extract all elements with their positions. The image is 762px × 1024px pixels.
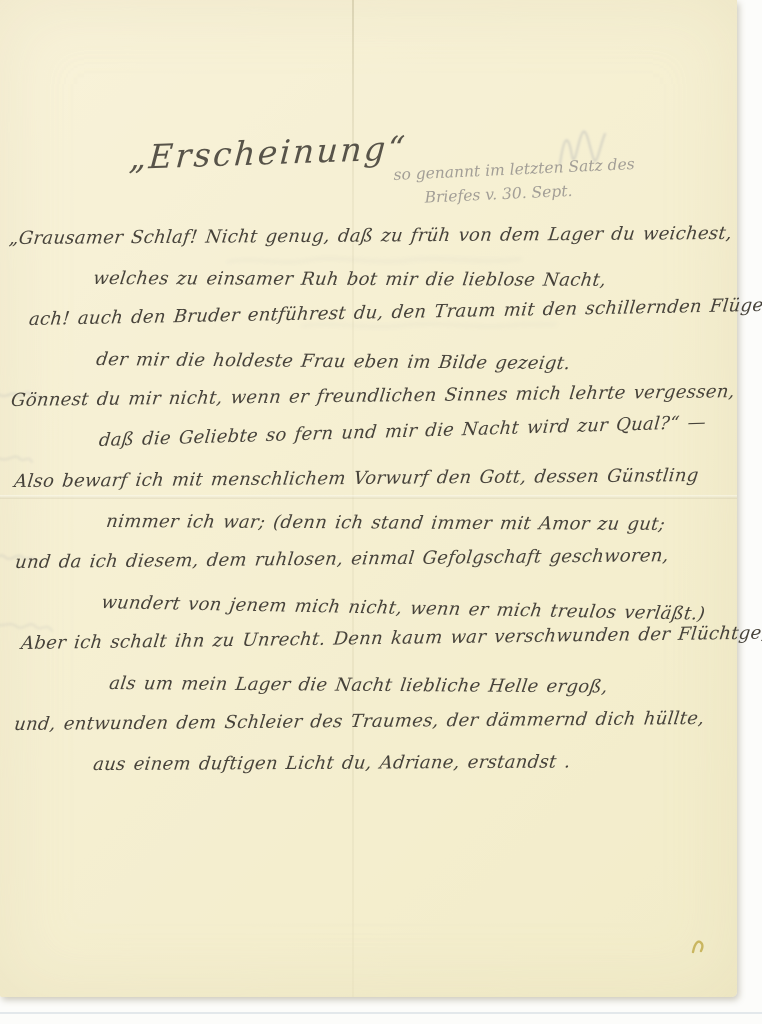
poem-text: „Grausamer Schlaf! Nicht genug, daß zu f… [0,228,737,848]
poem-line-4: der mir die holdeste Frau eben im Bilde … [95,349,572,374]
pencil-annotation: so genannt im letzten Satz des Briefes v… [393,152,636,211]
stray-pencil-mark [690,936,708,956]
poem-line-6: daß die Geliebte so fern und mir die Nac… [98,412,707,451]
poem-line-10: wundert von jenem mich nicht, wenn er mi… [100,592,706,625]
poem-line-5: Gönnest du mir nicht, wenn er freundlich… [10,381,736,411]
poem-line-1: „Grausamer Schlaf! Nicht genug, daß zu f… [8,223,733,249]
poem-line-9: und da ich diesem, dem ruhlosen, einmal … [14,545,670,573]
poem-line-8: nimmer ich war; (denn ich stand immer mi… [105,511,666,535]
poem-line-7: Also bewarf ich mit menschlichem Vorwurf… [13,465,700,492]
letter-page: „Erscheinung“ so genannt im letzten Satz… [0,0,737,997]
poem-line-12: als um mein Lager die Nacht liebliche He… [108,673,609,697]
scanner-background: „Erscheinung“ so genannt im letzten Satz… [0,0,762,1024]
poem-line-11: Aber ich schalt ihn zu Unrecht. Denn kau… [20,623,762,654]
poem-title: „Erscheinung“ [128,128,409,177]
poem-line-2: welches zu einsamer Ruh bot mir die lieb… [92,268,607,291]
poem-line-3: ach! auch den Bruder entführest du, den … [28,294,762,330]
poem-line-14: aus einem duftigen Licht du, Adriane, er… [92,751,572,775]
poem-line-13: und, entwunden dem Schleier des Traumes,… [13,708,705,735]
scanner-seam-line [0,1012,762,1014]
